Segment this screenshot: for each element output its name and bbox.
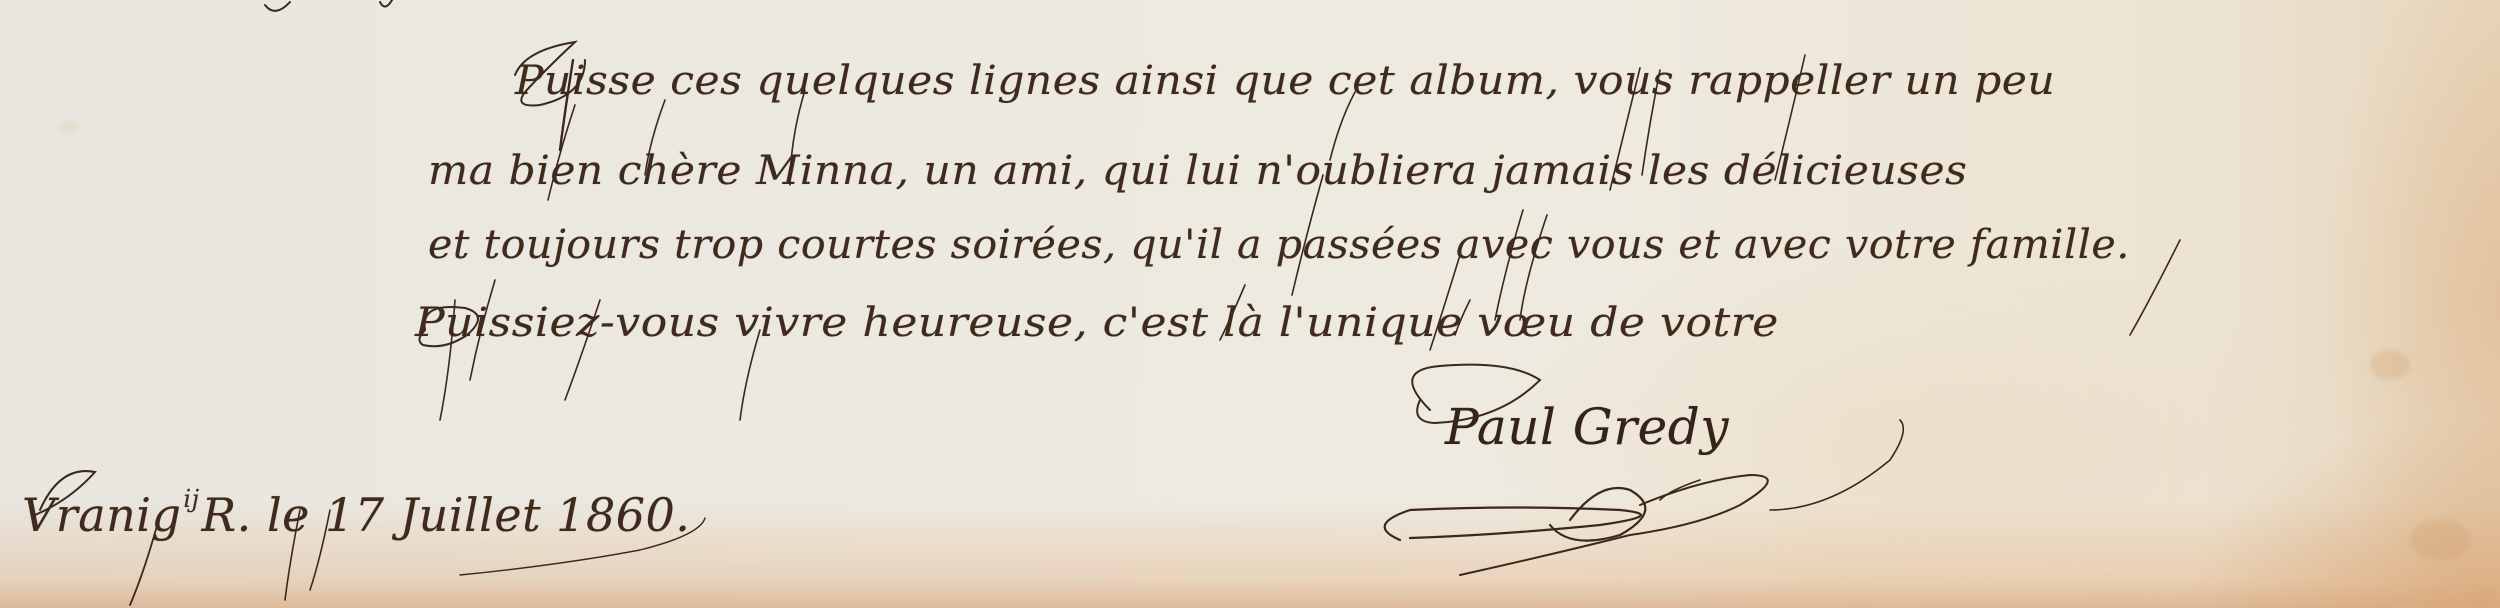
signature-flourish	[1370, 360, 1930, 590]
date-flourish	[0, 440, 720, 608]
album-page: Puisse ces quelques lignes ainsi que cet…	[0, 0, 2500, 608]
